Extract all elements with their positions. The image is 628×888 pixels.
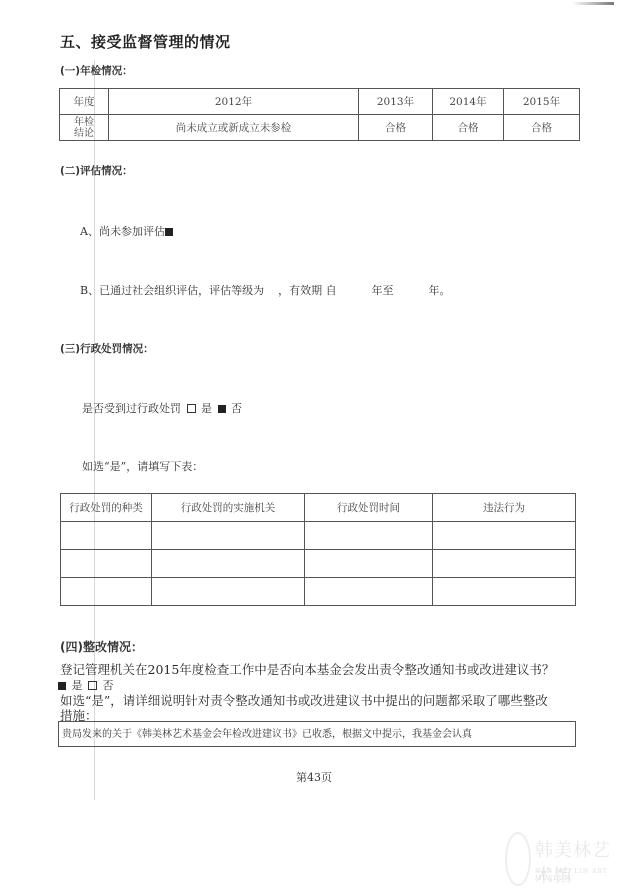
table-row: 年检 结论 尚未成立或新成立未参检 合格 合格 合格 [60, 115, 580, 141]
table-cell: 合格 [504, 115, 580, 141]
column-header: 行政处罚时间 [305, 494, 433, 522]
penalty-instruction: 如选“是”，请填写下表： [82, 458, 203, 474]
evaluation-heading: (二)评估情况： [60, 163, 133, 178]
result-label-line: 年检 [60, 117, 108, 128]
table-cell[interactable] [152, 550, 305, 578]
rectification-heading: (四)整改情况： [60, 638, 143, 655]
column-header: 违法行为 [433, 494, 576, 522]
swirl-logo-icon [505, 832, 531, 886]
page-number: 第43页 [296, 769, 332, 785]
penalty-table: 行政处罚的种类 行政处罚的实施机关 行政处罚时间 违法行为 [60, 493, 576, 606]
penalty-question-row: 是否受到过行政处罚 是 否 [82, 400, 242, 416]
rectification-answer-field[interactable]: 贵局发来的关于《韩美林艺术基金会年检改进建议书》已收悉，根据文中提示，我基金会认… [58, 721, 576, 747]
table-cell: 年度 [60, 89, 109, 115]
table-cell[interactable] [305, 550, 433, 578]
table-cell[interactable] [152, 522, 305, 550]
checked-box-icon[interactable] [58, 682, 66, 690]
table-cell: 2013年 [359, 89, 433, 115]
option-a-label: A、尚未参加评估 [80, 225, 165, 238]
evaluation-option-b: B、已通过社会组织评估，评估等级为 ，有效期 自 年至 年。 [80, 282, 451, 298]
table-cell[interactable] [433, 550, 576, 578]
section-title: 五、接受监督管理的情况 [60, 31, 231, 52]
checked-box-icon[interactable] [165, 228, 173, 236]
table-cell[interactable] [433, 522, 576, 550]
table-row [61, 578, 576, 606]
table-cell: 2012年 [109, 89, 359, 115]
table-cell: 2014年 [433, 89, 504, 115]
rectification-instruction-line1: 如选“是”，请详细说明针对责令整改通知书或改进建议书中提出的问题都采取了哪些整改 [60, 691, 548, 709]
table-cell[interactable] [61, 522, 152, 550]
table-cell[interactable] [61, 578, 152, 606]
table-cell[interactable] [433, 578, 576, 606]
table-cell[interactable] [152, 578, 305, 606]
unchecked-box-icon[interactable] [88, 681, 97, 690]
no-label: 否 [231, 402, 242, 415]
scan-mark [572, 2, 614, 5]
table-cell[interactable] [305, 578, 433, 606]
table-cell[interactable] [61, 550, 152, 578]
rectification-question: 登记管理机关在2015年度检查工作中是否向本基金会发出责令整改通知书或改进建议书… [60, 660, 554, 678]
table-cell: 合格 [359, 115, 433, 141]
table-cell[interactable] [305, 522, 433, 550]
table-cell: 合格 [433, 115, 504, 141]
table-row: 年度 2012年 2013年 2014年 2015年 [60, 89, 580, 115]
annual-inspection-heading: (一)年检情况： [60, 63, 133, 78]
penalty-heading: (三)行政处罚情况： [60, 341, 154, 356]
table-row [61, 550, 576, 578]
watermark-logo: 韩美林艺术馆 HAN MEI LIN ART MUSEUM [505, 828, 625, 886]
checked-box-icon[interactable] [218, 405, 226, 413]
table-cell: 2015年 [504, 89, 580, 115]
table-cell: 年检 结论 [60, 115, 109, 141]
table-header-row: 行政处罚的种类 行政处罚的实施机关 行政处罚时间 违法行为 [61, 494, 576, 522]
table-row [61, 522, 576, 550]
column-header: 行政处罚的实施机关 [152, 494, 305, 522]
table-cell: 尚未成立或新成立未参检 [109, 115, 359, 141]
annual-inspection-table: 年度 2012年 2013年 2014年 2015年 年检 结论 尚未成立或新成… [59, 88, 580, 141]
evaluation-option-a: A、尚未参加评估 [80, 223, 175, 239]
unchecked-box-icon[interactable] [187, 404, 196, 413]
watermark-subtitle: HAN MEI LIN ART MUSEUM [535, 868, 625, 882]
yes-label: 是 [201, 402, 212, 415]
penalty-question: 是否受到过行政处罚 [82, 402, 181, 415]
result-label-line: 结论 [60, 128, 108, 139]
column-header: 行政处罚的种类 [61, 494, 152, 522]
